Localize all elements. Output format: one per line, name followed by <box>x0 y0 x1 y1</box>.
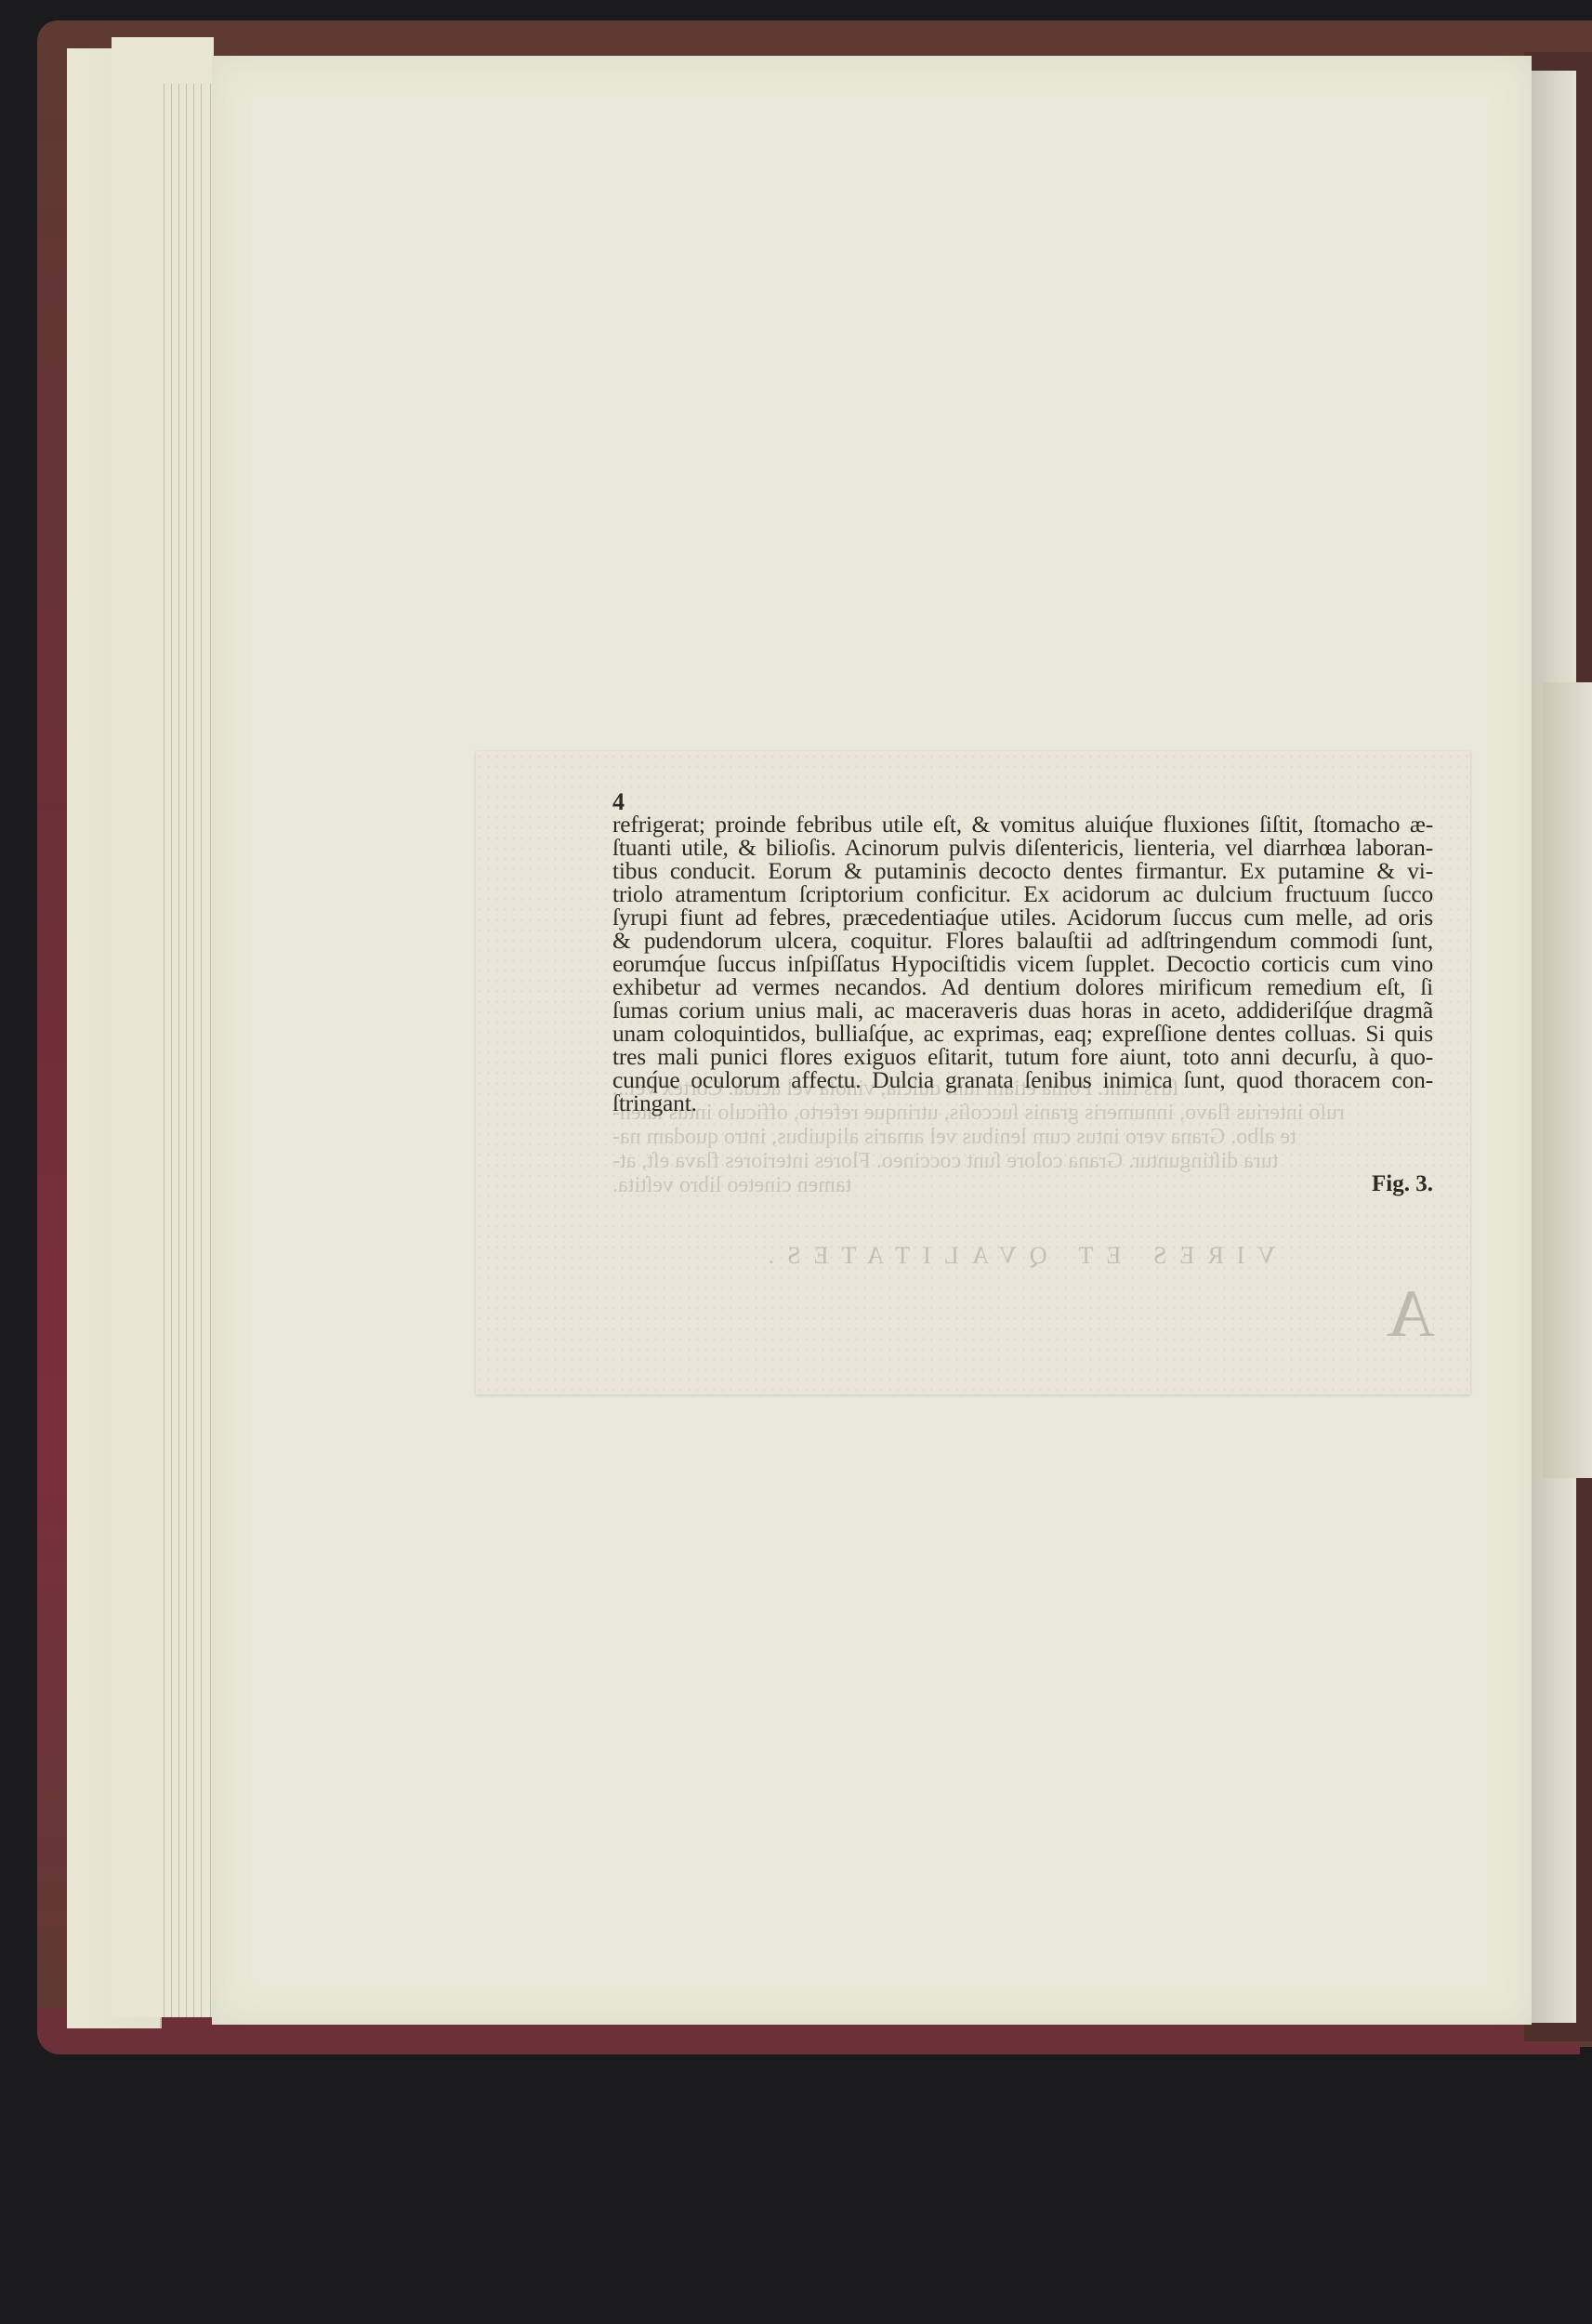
show-through-line: te albo. Grana vero intus cum lenibus ve… <box>612 1125 1433 1149</box>
page-number: 4 <box>612 792 1433 812</box>
slip-text-block: 4 refrigerat; proinde febribus utile eſt… <box>612 792 1433 1115</box>
page-edge-line <box>210 84 211 2017</box>
text-line: ſyrupi fiunt ad febres, præcedentiaq́ue … <box>612 905 1433 929</box>
page-stack-edges <box>112 37 214 2017</box>
text-line: cunq́ue oculorum affectu. Dulcia granata… <box>612 1068 1433 1091</box>
page-edge-line <box>171 84 172 2017</box>
show-through-initial: A <box>1387 1275 1435 1353</box>
page-edge-line <box>164 84 164 2017</box>
page-edge-line <box>201 84 202 2017</box>
show-through-heading: VIRES ET QVALITATES. <box>717 1242 1275 1270</box>
text-line: refrigerat; proinde febribus utile eſt, … <box>612 812 1433 836</box>
text-line: exhibetur ad vermes necandos. Ad dentium… <box>612 975 1433 998</box>
text-line: ſtringant. <box>612 1091 1433 1115</box>
text-line: unam coloquintidos, bulliaſq́ue, ac expr… <box>612 1022 1433 1045</box>
printed-slip: ſtris ſunt. Poma etiam ſunt dulcia, vino… <box>476 751 1470 1394</box>
text-line: triolo atramentum ſcriptorium conficitur… <box>612 882 1433 905</box>
show-through-line: tura diſtinguntur. Grana colore ſunt coc… <box>612 1149 1433 1173</box>
text-line: & pudendorum ulcera, coquitur. Flores ba… <box>612 929 1433 952</box>
page-edge-line <box>186 84 187 2017</box>
show-through-line: tamen cineteo libro veſtita. <box>612 1173 1433 1197</box>
text-line: ſtuanti utile, & bilioſis. Acinorum pulv… <box>612 836 1433 859</box>
right-slip-edge <box>1543 682 1592 1478</box>
figure-label: Fig. 3. <box>1372 1171 1433 1197</box>
page-edge-line <box>178 84 179 2017</box>
text-line: eorumq́ue ſuccus inſpiſſatus Hypociſtidi… <box>612 952 1433 975</box>
text-line: tres mali punici flores exiguos eſitarit… <box>612 1045 1433 1068</box>
page-edge-line <box>193 84 194 2017</box>
text-line: tibus conducit. Eorum & putaminis decoct… <box>612 859 1433 882</box>
text-line: ſumas corium unius mali, ac maceraveris … <box>612 998 1433 1022</box>
